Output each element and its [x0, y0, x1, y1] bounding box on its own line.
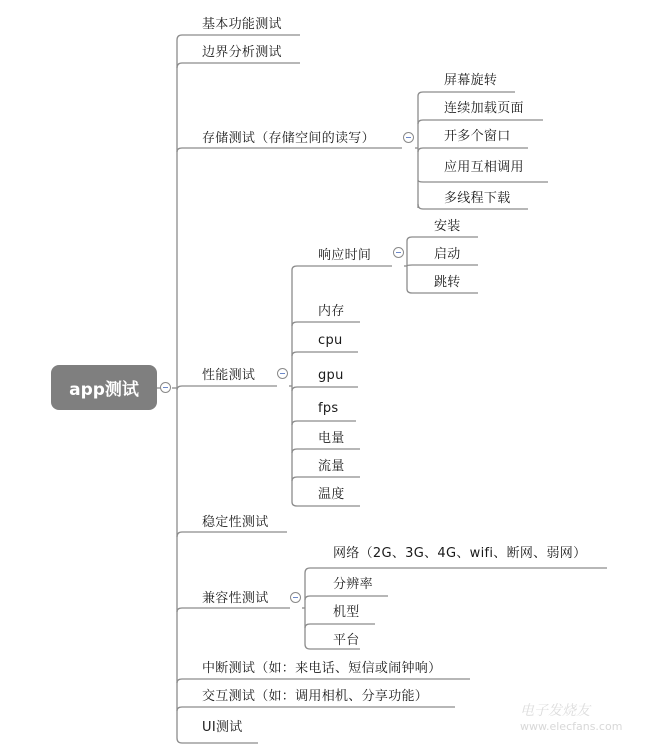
node-navigate[interactable]: 跳转 [434, 275, 461, 291]
node-cpu[interactable]: cpu [318, 333, 343, 349]
collapse-toggle-performance[interactable] [277, 368, 288, 379]
collapse-toggle-storage[interactable] [403, 132, 414, 143]
watermark-title: 电子发烧友 [520, 700, 622, 720]
node-battery[interactable]: 电量 [318, 431, 345, 447]
node-temperature[interactable]: 温度 [318, 487, 345, 503]
node-multithread-download[interactable]: 多线程下载 [444, 191, 511, 207]
node-response-time[interactable]: 响应时间 [318, 248, 371, 264]
node-network[interactable]: 网络（2G、3G、4G、wifi、断网、弱网） [333, 546, 586, 562]
node-gpu[interactable]: gpu [318, 368, 344, 384]
node-install[interactable]: 安装 [434, 219, 461, 235]
node-platform[interactable]: 平台 [333, 633, 360, 649]
watermark-url: www.elecfans.com [520, 720, 622, 733]
node-fps[interactable]: fps [318, 401, 339, 417]
root-label: app测试 [69, 375, 139, 400]
node-performance-test[interactable]: 性能测试 [202, 368, 255, 384]
collapse-toggle-response-time[interactable] [393, 247, 404, 258]
node-storage-test[interactable]: 存储测试（存储空间的读写） [202, 131, 375, 147]
node-interrupt-test[interactable]: 中断测试（如：来电话、短信或闹钟响） [202, 661, 441, 677]
collapse-toggle-root[interactable] [160, 382, 171, 393]
watermark: 电子发烧友 www.elecfans.com [520, 700, 622, 733]
node-basic-function[interactable]: 基本功能测试 [202, 17, 282, 33]
node-screen-rotation[interactable]: 屏幕旋转 [444, 73, 497, 89]
node-ui-test[interactable]: UI测试 [202, 720, 243, 736]
node-interaction-test[interactable]: 交互测试（如：调用相机、分享功能） [202, 689, 428, 705]
root-node[interactable]: app测试 [51, 365, 157, 410]
node-memory[interactable]: 内存 [318, 304, 345, 320]
node-compatibility-test[interactable]: 兼容性测试 [202, 591, 269, 607]
node-device-model[interactable]: 机型 [333, 605, 360, 621]
collapse-toggle-compatibility[interactable] [290, 592, 301, 603]
node-traffic[interactable]: 流量 [318, 459, 345, 475]
node-launch[interactable]: 启动 [434, 247, 461, 263]
node-continuous-loading[interactable]: 连续加载页面 [444, 101, 524, 117]
node-multiple-windows[interactable]: 开多个窗口 [444, 129, 511, 145]
node-app-intercall[interactable]: 应用互相调用 [444, 160, 524, 176]
node-stability-test[interactable]: 稳定性测试 [202, 515, 269, 531]
node-boundary-analysis[interactable]: 边界分析测试 [202, 45, 282, 61]
node-resolution[interactable]: 分辨率 [333, 577, 373, 593]
